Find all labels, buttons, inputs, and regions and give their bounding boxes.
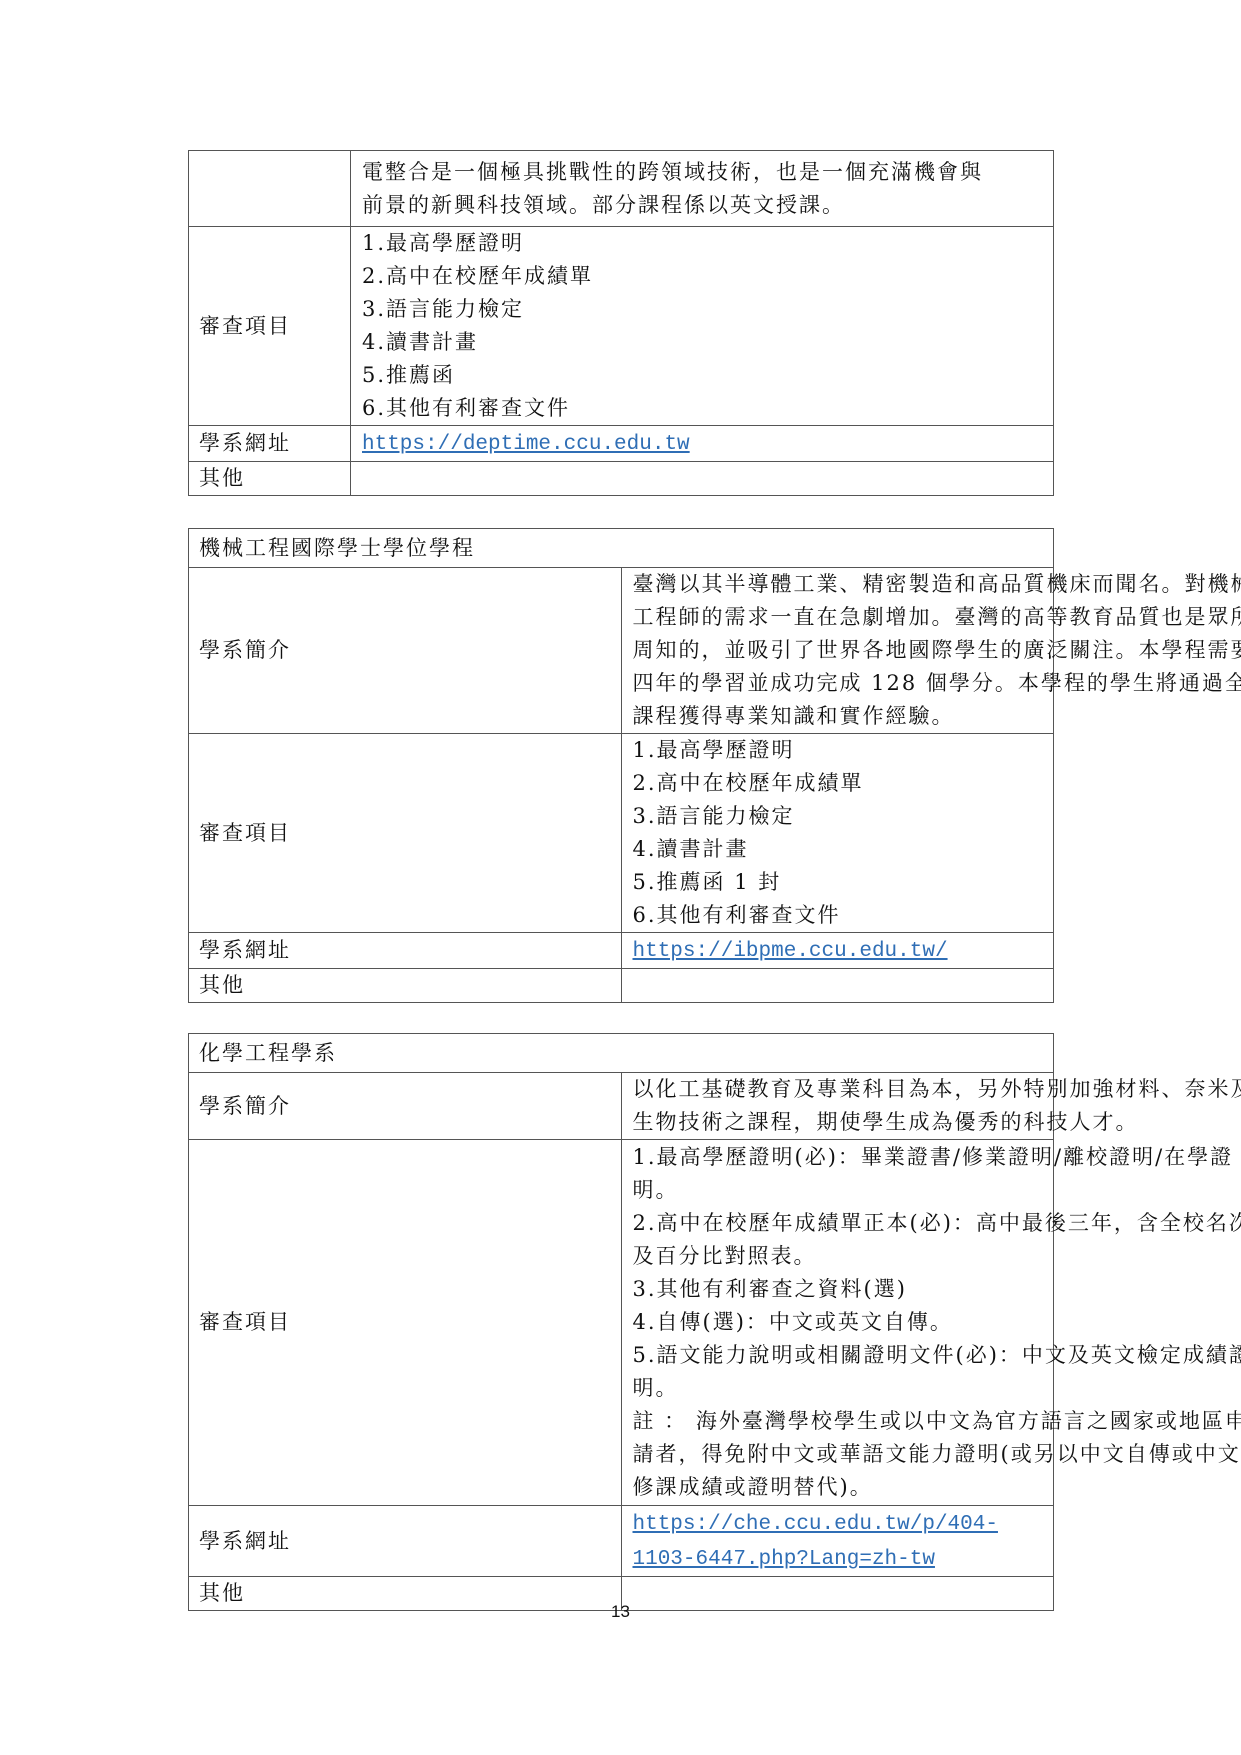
- review-item: 1.最高學歷證明(必)：畢業證書/修業證明/離校證明/在學證: [633, 1141, 1040, 1174]
- url-cell: https://ibpme.ccu.edu.tw/: [621, 933, 1054, 969]
- review-row: 審查項目 1.最高學歷證明 2.高中在校歷年成績單 3.語言能力檢定 4.讀書計…: [189, 734, 1054, 933]
- review-row: 審查項目 1.最高學歷證明 2.高中在校歷年成績單 3.語言能力檢定 4.讀書計…: [189, 227, 1054, 426]
- review-item: 3.語言能力檢定: [633, 800, 1040, 833]
- review-item: 5.語文能力說明或相關證明文件(必)：中文及英文檢定成績證: [633, 1339, 1040, 1372]
- department-url-link[interactable]: https://deptime.ccu.edu.tw: [362, 433, 690, 456]
- review-row: 審查項目 1.最高學歷證明(必)：畢業證書/修業證明/離校證明/在學證 明。 2…: [189, 1140, 1054, 1506]
- department-title: 化學工程學系: [189, 1034, 1054, 1073]
- intro-line: 四年的學習並成功完成 128 個學分。本學程的學生將通過全英: [633, 667, 1040, 700]
- intro-line: 前景的新興科技領域。部分課程係以英文授課。: [362, 189, 1039, 222]
- department-table-2: 機械工程國際學士學位學程 學系簡介 臺灣以其半導體工業、精密製造和高品質機床而聞…: [188, 528, 1054, 1003]
- review-label: 審查項目: [189, 734, 622, 933]
- review-item: 3.其他有利審查之資料(選): [633, 1273, 1040, 1306]
- intro-line: 電整合是一個極具挑戰性的跨領域技術，也是一個充滿機會與: [362, 156, 1039, 189]
- review-item: 2.高中在校歷年成績單: [362, 260, 1039, 293]
- review-item: 及百分比對照表。: [633, 1240, 1040, 1273]
- title-row: 化學工程學系: [189, 1034, 1054, 1073]
- review-item: 2.高中在校歷年成績單正本(必)：高中最後三年，含全校名次: [633, 1207, 1040, 1240]
- review-label: 審查項目: [189, 1140, 622, 1506]
- department-url-link[interactable]: https://che.ccu.edu.tw/p/404-1103-6447.p…: [633, 1513, 998, 1571]
- review-item: 4.自傳(選)：中文或英文自傳。: [633, 1306, 1040, 1339]
- url-cell: https://che.ccu.edu.tw/p/404-1103-6447.p…: [621, 1506, 1054, 1577]
- review-item: 4.讀書計畫: [362, 326, 1039, 359]
- other-label: 其他: [189, 462, 351, 496]
- review-item: 2.高中在校歷年成績單: [633, 767, 1040, 800]
- intro-text-cell: 臺灣以其半導體工業、精密製造和高品質機床而聞名。對機械 工程師的需求一直在急劇增…: [621, 568, 1054, 734]
- url-label: 學系網址: [189, 1506, 622, 1577]
- other-label: 其他: [189, 969, 622, 1003]
- review-items-cell: 1.最高學歷證明 2.高中在校歷年成績單 3.語言能力檢定 4.讀書計畫 5.推…: [621, 734, 1054, 933]
- review-item: 明。: [633, 1174, 1040, 1207]
- intro-line: 臺灣以其半導體工業、精密製造和高品質機床而聞名。對機械: [633, 568, 1040, 601]
- url-label: 學系網址: [189, 426, 351, 462]
- department-table-1: 電整合是一個極具挑戰性的跨領域技術，也是一個充滿機會與 前景的新興科技領域。部分…: [188, 150, 1054, 496]
- intro-row: 學系簡介 臺灣以其半導體工業、精密製造和高品質機床而聞名。對機械 工程師的需求一…: [189, 568, 1054, 734]
- review-note: 請者，得免附中文或華語文能力證明(或另以中文自傳或中文: [633, 1438, 1040, 1471]
- review-item: 1.最高學歷證明: [633, 734, 1040, 767]
- review-item: 5.推薦函 1 封: [633, 866, 1040, 899]
- url-label: 學系網址: [189, 933, 622, 969]
- department-url-link[interactable]: https://ibpme.ccu.edu.tw/: [633, 940, 948, 963]
- review-label: 審查項目: [189, 227, 351, 426]
- intro-label: 學系簡介: [189, 1073, 622, 1140]
- department-title: 機械工程國際學士學位學程: [189, 529, 1054, 568]
- review-note: 註 ： 海外臺灣學校學生或以中文為官方語言之國家或地區申: [633, 1405, 1040, 1438]
- intro-line: 課程獲得專業知識和實作經驗。: [633, 700, 1040, 733]
- review-item: 5.推薦函: [362, 359, 1039, 392]
- intro-line: 生物技術之課程，期使學生成為優秀的科技人才。: [633, 1106, 1040, 1139]
- intro-line: 周知的，並吸引了世界各地國際學生的廣泛關注。本學程需要: [633, 634, 1040, 667]
- department-table-3: 化學工程學系 學系簡介 以化工基礎教育及專業科目為本，另外特別加強材料、奈米及 …: [188, 1033, 1054, 1611]
- url-row: 學系網址 https://deptime.ccu.edu.tw: [189, 426, 1054, 462]
- other-value: [621, 969, 1054, 1003]
- url-row: 學系網址 https://ibpme.ccu.edu.tw/: [189, 933, 1054, 969]
- other-row: 其他: [189, 969, 1054, 1003]
- review-item: 6.其他有利審查文件: [633, 899, 1040, 932]
- review-items-cell: 1.最高學歷證明(必)：畢業證書/修業證明/離校證明/在學證 明。 2.高中在校…: [621, 1140, 1054, 1506]
- intro-label-cell: [189, 151, 351, 227]
- other-value: [351, 462, 1054, 496]
- review-item: 6.其他有利審查文件: [362, 392, 1039, 425]
- url-row: 學系網址 https://che.ccu.edu.tw/p/404-1103-6…: [189, 1506, 1054, 1577]
- intro-line: 以化工基礎教育及專業科目為本，另外特別加強材料、奈米及: [633, 1073, 1040, 1106]
- intro-text-cell: 電整合是一個極具挑戰性的跨領域技術，也是一個充滿機會與 前景的新興科技領域。部分…: [351, 151, 1054, 227]
- title-row: 機械工程國際學士學位學程: [189, 529, 1054, 568]
- review-item: 1.最高學歷證明: [362, 227, 1039, 260]
- review-item: 明。: [633, 1372, 1040, 1405]
- intro-text-cell: 以化工基礎教育及專業科目為本，另外特別加強材料、奈米及 生物技術之課程，期使學生…: [621, 1073, 1054, 1140]
- other-row: 其他: [189, 462, 1054, 496]
- intro-row: 電整合是一個極具挑戰性的跨領域技術，也是一個充滿機會與 前景的新興科技領域。部分…: [189, 151, 1054, 227]
- url-cell: https://deptime.ccu.edu.tw: [351, 426, 1054, 462]
- intro-label: 學系簡介: [189, 568, 622, 734]
- page-number: 13: [0, 1602, 1241, 1622]
- review-note: 修課成績或證明替代)。: [633, 1471, 1040, 1504]
- review-item: 4.讀書計畫: [633, 833, 1040, 866]
- intro-line: 工程師的需求一直在急劇增加。臺灣的高等教育品質也是眾所: [633, 601, 1040, 634]
- review-items-cell: 1.最高學歷證明 2.高中在校歷年成績單 3.語言能力檢定 4.讀書計畫 5.推…: [351, 227, 1054, 426]
- intro-row: 學系簡介 以化工基礎教育及專業科目為本，另外特別加強材料、奈米及 生物技術之課程…: [189, 1073, 1054, 1140]
- review-item: 3.語言能力檢定: [362, 293, 1039, 326]
